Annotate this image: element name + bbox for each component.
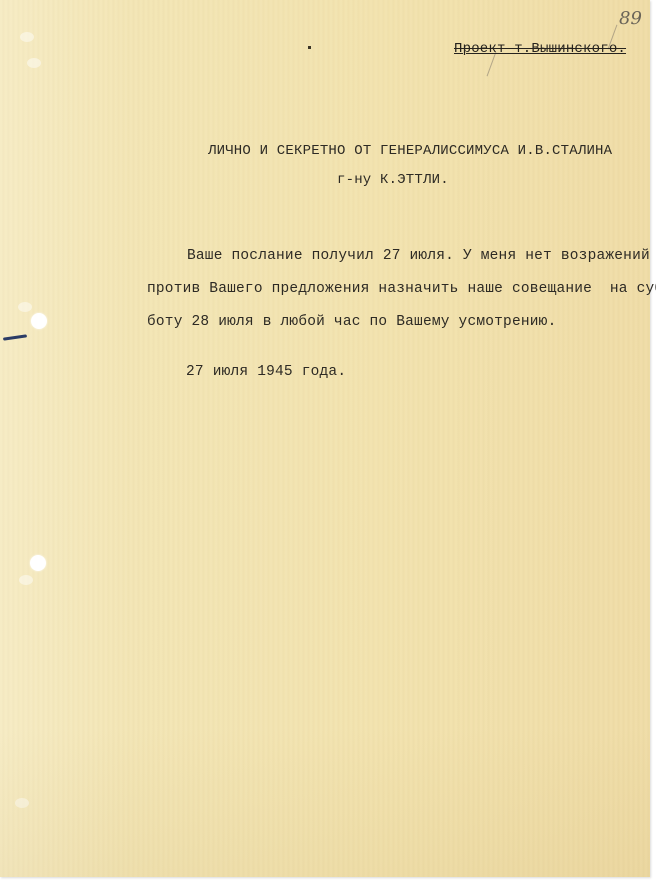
punch-hole-smudge — [20, 32, 34, 42]
punch-hole-smudge — [19, 575, 33, 585]
folio-number: 89 — [619, 8, 642, 29]
punch-hole-smudge — [27, 58, 41, 68]
punch-hole-smudge — [15, 798, 29, 808]
punch-hole-smudge — [18, 302, 32, 312]
title-line-2: г-ну К.ЭТТЛИ. — [337, 172, 449, 188]
body-line-2: против Вашего предложения назначить наше… — [147, 281, 656, 297]
typewriter-dot — [308, 46, 311, 49]
body-line-1: Ваше послание получил 27 июля. У меня не… — [187, 248, 650, 264]
title-line-1: ЛИЧНО И СЕКРЕТНО ОТ ГЕНЕРАЛИССИМУСА И.В.… — [208, 143, 612, 159]
margin-ink-mark — [3, 334, 27, 340]
punch-hole — [31, 313, 47, 329]
punch-hole — [30, 555, 46, 571]
header-note-struck: Проект т.Вышинского. — [454, 41, 626, 57]
date-line: 27 июля 1945 года. — [186, 364, 346, 380]
document-page: 89 Проект т.Вышинского. ЛИЧНО И СЕКРЕТНО… — [0, 0, 650, 877]
body-line-3: боту 28 июля в любой час по Вашему усмот… — [147, 314, 556, 330]
